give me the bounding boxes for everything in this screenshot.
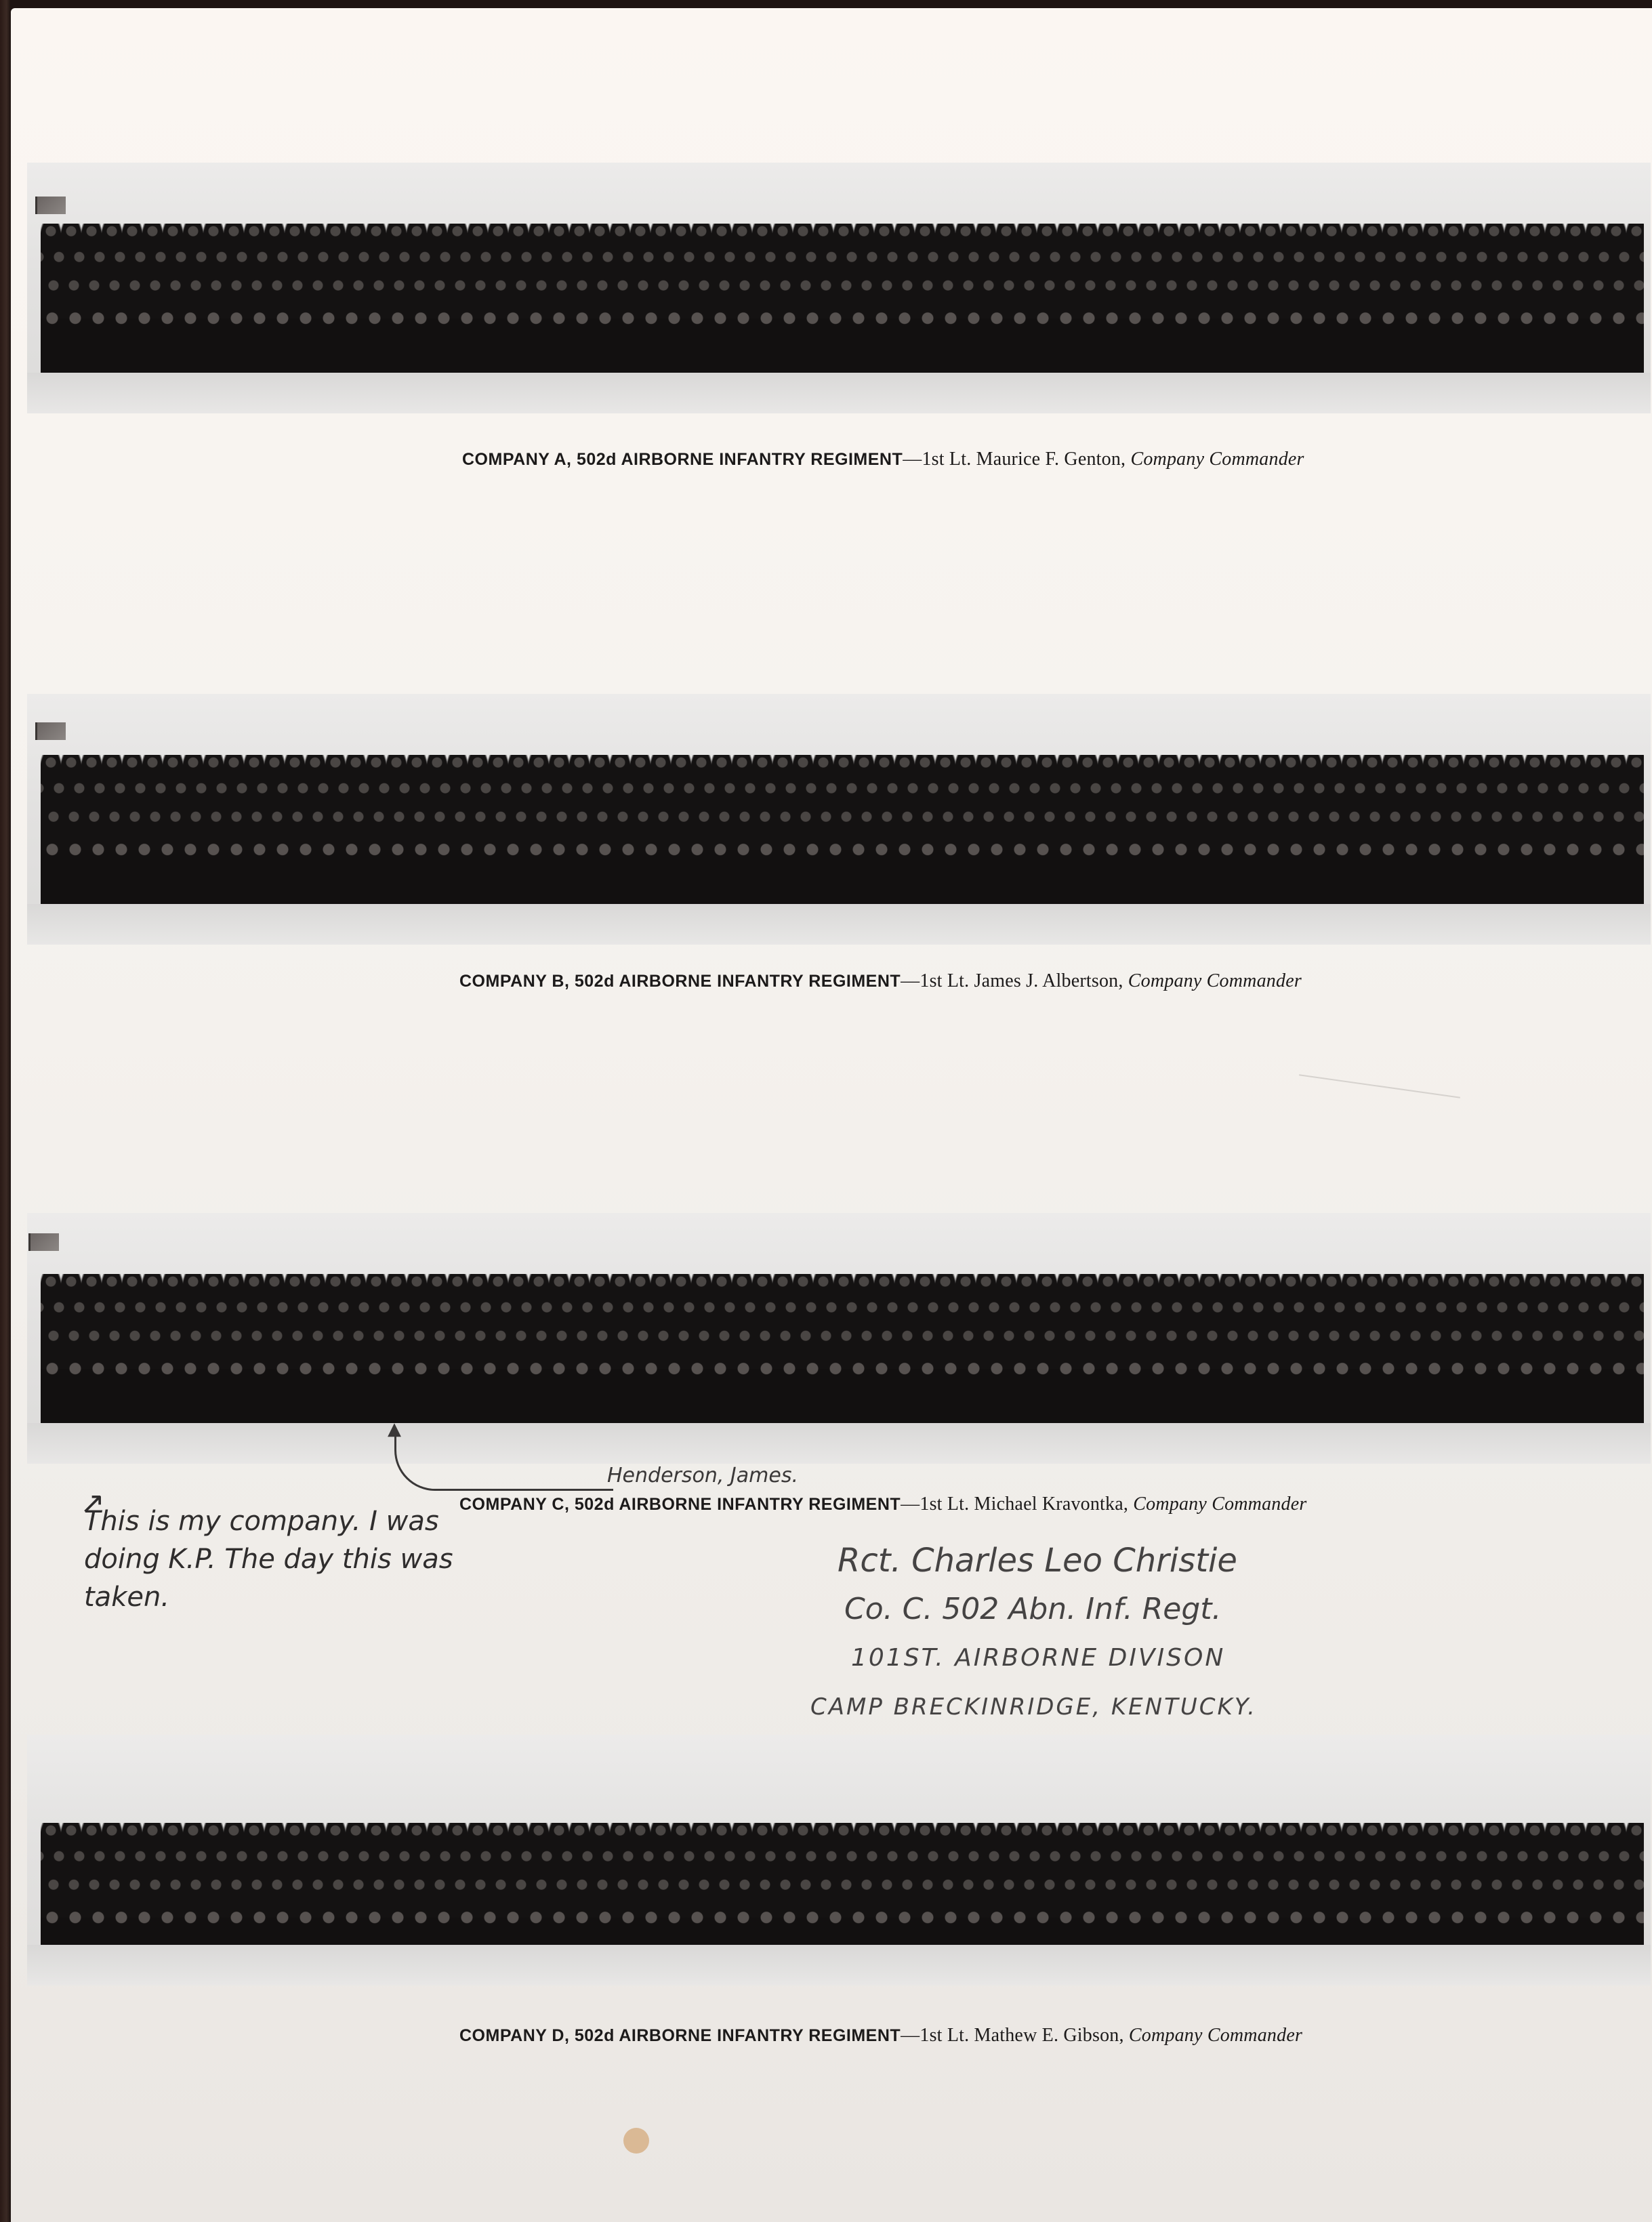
caption-officer: 1st Lt. Michael Kravontka, bbox=[920, 1494, 1128, 1515]
caption-role: Company Commander bbox=[1130, 449, 1304, 470]
company-d-caption: COMPANY D, 502d AIRBORNE INFANTRY REGIME… bbox=[459, 2025, 1302, 2046]
caption-officer: 1st Lt. Mathew E. Gibson, bbox=[920, 2025, 1123, 2046]
handwritten-address: Rct. Charles Leo Christie Co. C. 502 Abn… bbox=[810, 1536, 1257, 1731]
handwritten-note: ↗ This is my company. I was doing K.P. T… bbox=[84, 1502, 453, 1616]
caption-unit: COMPANY B, 502d AIRBORNE INFANTRY REGIME… bbox=[459, 972, 901, 991]
guidon-flag-icon bbox=[35, 197, 66, 214]
book-binding-edge bbox=[0, 0, 11, 2222]
arrow-up-icon: ▲ bbox=[388, 1419, 401, 1439]
soldiers-group bbox=[41, 224, 1644, 379]
soldiers-group bbox=[41, 755, 1644, 911]
company-b-photo bbox=[27, 694, 1651, 945]
paper-stain bbox=[623, 2128, 649, 2154]
paper-crease bbox=[1299, 1074, 1460, 1098]
caption-unit: COMPANY A, 502d AIRBORNE INFANTRY REGIME… bbox=[462, 450, 903, 469]
caption-role: Company Commander bbox=[1129, 2025, 1302, 2046]
company-a-photo bbox=[27, 163, 1651, 413]
yearbook-page: COMPANY A, 502d AIRBORNE INFANTRY REGIME… bbox=[11, 8, 1652, 2222]
company-d-photo bbox=[27, 1735, 1651, 1986]
caption-unit: COMPANY D, 502d AIRBORNE INFANTRY REGIME… bbox=[459, 2026, 901, 2045]
caption-officer: 1st Lt. Maurice F. Genton, bbox=[922, 449, 1126, 470]
caption-role: Company Commander bbox=[1128, 970, 1302, 991]
arrow-up-right-icon: ↗ bbox=[80, 1485, 105, 1523]
guidon-flag-icon bbox=[28, 1233, 59, 1251]
company-a-caption: COMPANY A, 502d AIRBORNE INFANTRY REGIME… bbox=[462, 449, 1304, 470]
handwritten-name-label: Henderson, James. bbox=[607, 1464, 798, 1487]
caption-role: Company Commander bbox=[1133, 1494, 1306, 1515]
company-b-caption: COMPANY B, 502d AIRBORNE INFANTRY REGIME… bbox=[459, 970, 1302, 992]
company-c-photo bbox=[27, 1213, 1651, 1464]
caption-unit: COMPANY C, 502d AIRBORNE INFANTRY REGIME… bbox=[459, 1495, 901, 1514]
guidon-flag-icon bbox=[35, 722, 66, 740]
soldiers-group bbox=[41, 1274, 1644, 1430]
handwritten-pointer-line bbox=[394, 1428, 613, 1491]
caption-officer: 1st Lt. James J. Albertson, bbox=[920, 970, 1123, 991]
company-c-caption: COMPANY C, 502d AIRBORNE INFANTRY REGIME… bbox=[459, 1494, 1306, 1515]
